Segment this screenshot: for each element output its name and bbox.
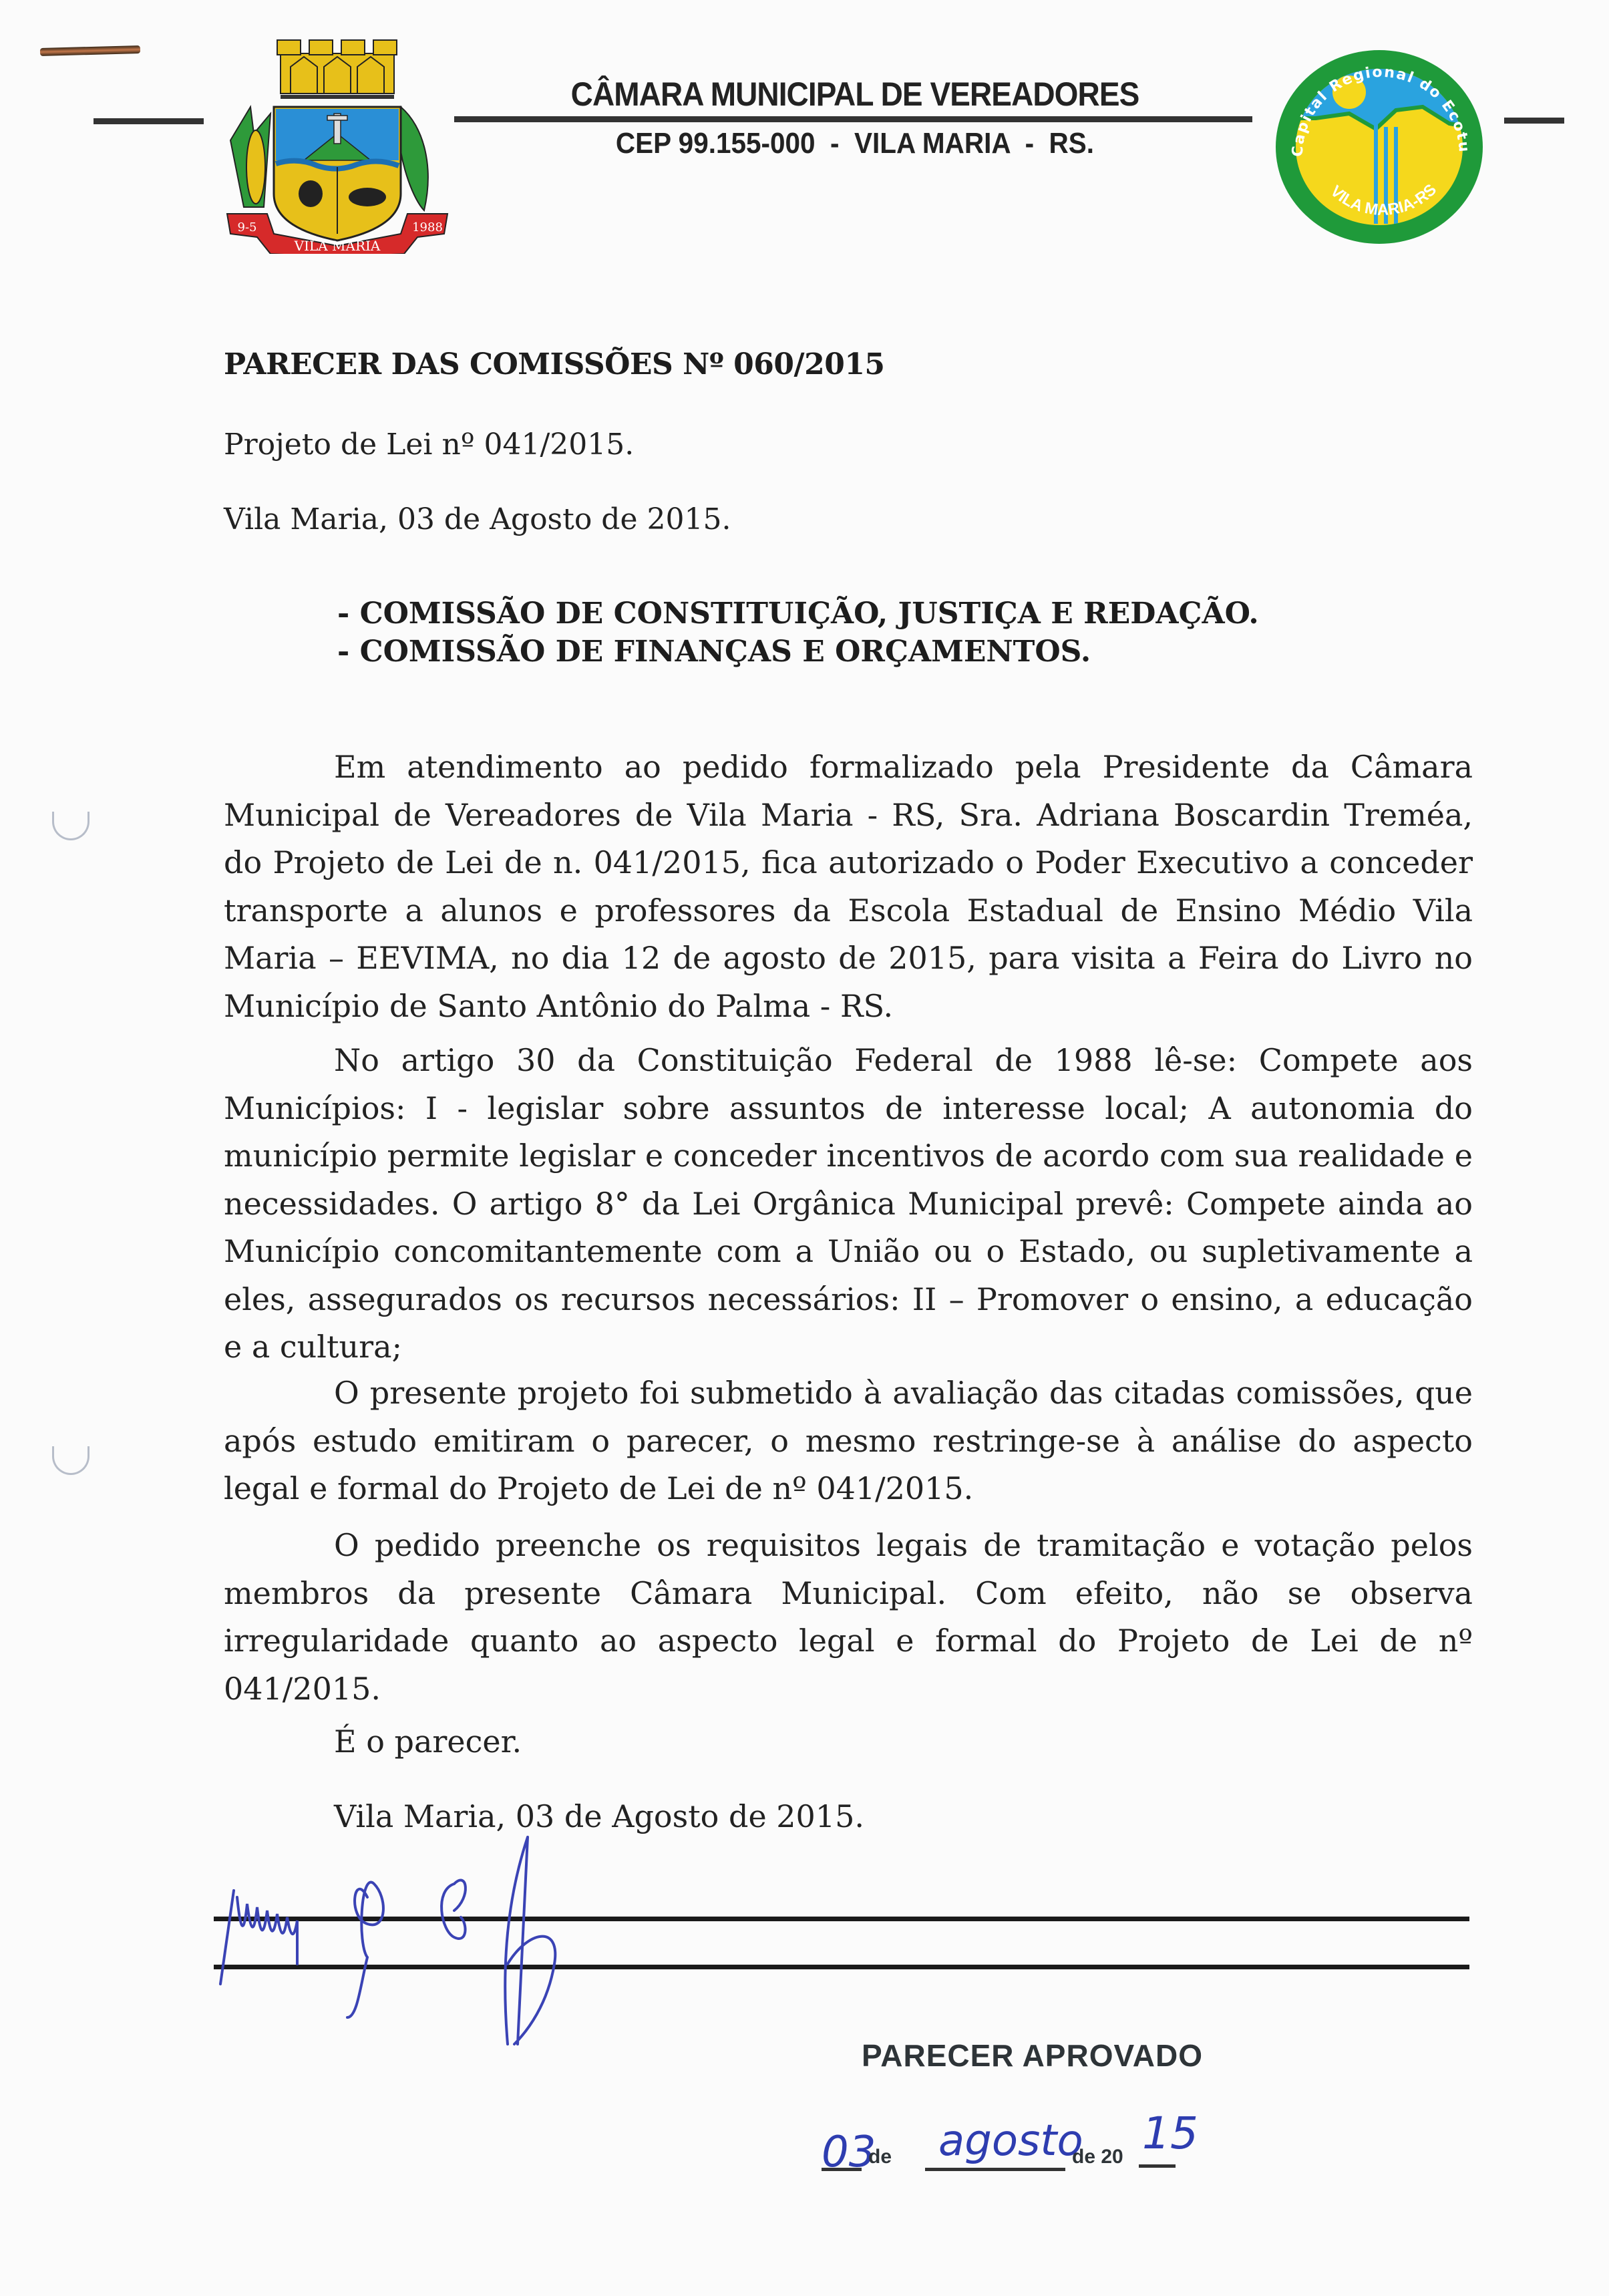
- stamp-year-blank: [1139, 2164, 1176, 2168]
- project-reference: Projeto de Lei nº 041/2015.: [224, 428, 634, 462]
- header-rule-center: [454, 116, 1252, 122]
- ecotourism-seal-icon: Capital Regional do Ecoturismo VILA MARI…: [1269, 43, 1489, 251]
- approval-stamp-title: PARECER APROVADO: [862, 2037, 1203, 2074]
- paragraph-request: Em atendimento ao pedido formalizado pel…: [224, 744, 1473, 1030]
- stamp-month-blank: [925, 2168, 1065, 2171]
- stamp-year: 15: [1142, 2108, 1198, 2159]
- stamp-de-label-1: de: [868, 2146, 892, 2168]
- address-line: CEP 99.155-000 - VILA MARIA - RS.: [492, 127, 1218, 160]
- place-date: Vila Maria, 03 de Agosto de 2015.: [224, 502, 731, 536]
- header-rule-left: [94, 118, 204, 124]
- scan-mark: [40, 45, 140, 56]
- paragraph-analysis: O presente projeto foi submetido à avali…: [224, 1369, 1473, 1513]
- committee-finance: - COMISSÃO DE FINANÇAS E ORÇAMENTOS.: [337, 635, 1091, 669]
- committee-constitution: - COMISSÃO DE CONSTITUIÇÃO, JUSTIÇA E RE…: [337, 597, 1259, 631]
- stamp-de-label-2: de 20: [1072, 2146, 1123, 2168]
- crest-ribbon-left: 9-5: [238, 220, 257, 234]
- municipal-crest-icon: 9-5 VILA MARIA 1988: [224, 33, 451, 254]
- punch-hole-mark: [52, 812, 90, 840]
- institution-name: CÂMARA MUNICIPAL DE VEREADORES: [492, 75, 1218, 114]
- paragraph-conclusion: O pedido preenche os requisitos legais d…: [224, 1522, 1473, 1713]
- crest-ribbon-center: VILA MARIA: [294, 238, 381, 254]
- stamp-month: agosto: [938, 2116, 1083, 2166]
- closing-statement: É o parecer.: [334, 1724, 522, 1760]
- document-title: PARECER DAS COMISSÕES Nº 060/2015: [224, 347, 885, 381]
- closing-place-date: Vila Maria, 03 de Agosto de 2015.: [334, 1798, 864, 1834]
- punch-hole-mark: [52, 1446, 90, 1475]
- header-rule-right: [1504, 118, 1564, 124]
- crest-ribbon-right: 1988: [412, 220, 443, 234]
- paragraph-legal-basis: No artigo 30 da Constituição Federal de …: [224, 1037, 1473, 1371]
- handwritten-signatures-icon: [214, 1830, 815, 2051]
